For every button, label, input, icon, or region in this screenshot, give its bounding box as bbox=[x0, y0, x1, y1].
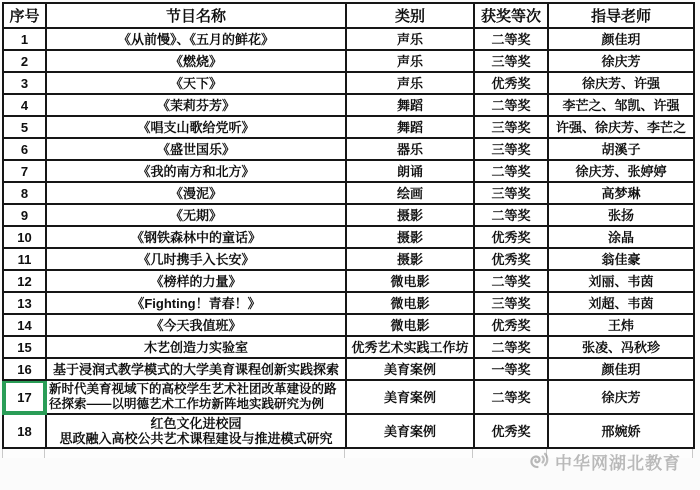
cell-program-name[interactable]: 新时代美育视域下的高校学生艺术社团改革建设的路径探索——以明德艺术工作坊新阵地实… bbox=[46, 380, 346, 414]
cell-teacher[interactable]: 胡溪子 bbox=[548, 138, 694, 160]
cell-teacher[interactable]: 张凌、冯秋珍 bbox=[548, 336, 694, 358]
cell-category[interactable]: 绘画 bbox=[346, 182, 474, 204]
gridline-segment bbox=[45, 449, 345, 458]
cell-no[interactable]: 16 bbox=[3, 358, 46, 380]
table-row: 1 《从前慢》、《五月的鲜花》 声乐 二等奖 颜佳玥 bbox=[3, 28, 694, 50]
cell-teacher[interactable]: 高梦琳 bbox=[548, 182, 694, 204]
cell-program-name[interactable]: 《茉莉芬芳》 bbox=[46, 94, 346, 116]
cell-no[interactable]: 14 bbox=[3, 314, 46, 336]
header-award[interactable]: 获奖等次 bbox=[474, 3, 548, 28]
cell-teacher[interactable]: 刘超、韦茵 bbox=[548, 292, 694, 314]
cell-category[interactable]: 优秀艺术实践工作坊 bbox=[346, 336, 474, 358]
cell-program-name[interactable]: 红色文化进校园 思政融入高校公共艺术课程建设与推进模式研究 bbox=[46, 414, 346, 448]
cell-award[interactable]: 二等奖 bbox=[474, 380, 548, 414]
cell-award[interactable]: 优秀奖 bbox=[474, 314, 548, 336]
table-row: 16 基于浸润式教学模式的大学美育课程创新实践探索 美育案例 一等奖 颜佳玥 bbox=[3, 358, 694, 380]
cell-category[interactable]: 器乐 bbox=[346, 138, 474, 160]
cell-program-name[interactable]: 木艺创造力实验室 bbox=[46, 336, 346, 358]
cell-program-name[interactable]: 《漫泥》 bbox=[46, 182, 346, 204]
cell-category[interactable]: 微电影 bbox=[346, 292, 474, 314]
cell-program-name[interactable]: 《我的南方和北方》 bbox=[46, 160, 346, 182]
cell-teacher[interactable]: 翁佳豪 bbox=[548, 248, 694, 270]
table-row: 10 《钢铁森林中的童话》 摄影 优秀奖 涂晶 bbox=[3, 226, 694, 248]
cell-no[interactable]: 10 bbox=[3, 226, 46, 248]
cell-program-name[interactable]: 《唱支山歌给党听》 bbox=[46, 116, 346, 138]
table-row: 9 《无期》 摄影 二等奖 张扬 bbox=[3, 204, 694, 226]
header-name[interactable]: 节目名称 bbox=[46, 3, 346, 28]
cell-teacher[interactable]: 徐庆芳 bbox=[548, 50, 694, 72]
table-row: 13 《Fighting！青春！》 微电影 三等奖 刘超、韦茵 bbox=[3, 292, 694, 314]
cell-program-name[interactable]: 《Fighting！青春！》 bbox=[46, 292, 346, 314]
cell-teacher[interactable]: 颜佳玥 bbox=[548, 358, 694, 380]
cell-category[interactable]: 微电影 bbox=[346, 270, 474, 292]
cell-no[interactable]: 6 bbox=[3, 138, 46, 160]
gridline-segment bbox=[345, 449, 473, 458]
cell-award[interactable]: 一等奖 bbox=[474, 358, 548, 380]
cell-award[interactable]: 三等奖 bbox=[474, 116, 548, 138]
cell-category[interactable]: 摄影 bbox=[346, 226, 474, 248]
cell-teacher[interactable]: 张扬 bbox=[548, 204, 694, 226]
cell-no[interactable]: 13 bbox=[3, 292, 46, 314]
cell-program-name[interactable]: 《钢铁森林中的童话》 bbox=[46, 226, 346, 248]
cell-no[interactable]: 11 bbox=[3, 248, 46, 270]
cell-award[interactable]: 三等奖 bbox=[474, 182, 548, 204]
header-category[interactable]: 类别 bbox=[346, 3, 474, 28]
cell-award[interactable]: 二等奖 bbox=[474, 160, 548, 182]
cell-teacher[interactable]: 李芒之、邹凯、许强 bbox=[548, 94, 694, 116]
header-no[interactable]: 序号 bbox=[3, 3, 46, 28]
cell-no[interactable]: 4 bbox=[3, 94, 46, 116]
table-row: 8 《漫泥》 绘画 三等奖 高梦琳 bbox=[3, 182, 694, 204]
cell-no[interactable]: 15 bbox=[3, 336, 46, 358]
awards-table: 序号 节目名称 类别 获奖等次 指导老师 1 《从前慢》、《五月的鲜花》 声乐 … bbox=[2, 2, 695, 449]
cell-no[interactable]: 5 bbox=[3, 116, 46, 138]
cell-category[interactable]: 摄影 bbox=[346, 204, 474, 226]
table-body: 1 《从前慢》、《五月的鲜花》 声乐 二等奖 颜佳玥 2 《燃烧》 声乐 三等奖… bbox=[3, 28, 694, 448]
cell-teacher[interactable]: 王炜 bbox=[548, 314, 694, 336]
cell-teacher[interactable]: 徐庆芳 bbox=[548, 380, 694, 414]
cell-award[interactable]: 三等奖 bbox=[474, 50, 548, 72]
cell-award[interactable]: 优秀奖 bbox=[474, 414, 548, 448]
table-row: 15 木艺创造力实验室 优秀艺术实践工作坊 二等奖 张凌、冯秋珍 bbox=[3, 336, 694, 358]
spreadsheet-area: 序号 节目名称 类别 获奖等次 指导老师 1 《从前慢》、《五月的鲜花》 声乐 … bbox=[2, 2, 693, 458]
cell-category[interactable]: 朗诵 bbox=[346, 160, 474, 182]
cell-award[interactable]: 二等奖 bbox=[474, 204, 548, 226]
cell-program-name[interactable]: 《榜样的力量》 bbox=[46, 270, 346, 292]
cell-no[interactable]: 1 bbox=[3, 28, 46, 50]
cell-program-name[interactable]: 《今天我值班》 bbox=[46, 314, 346, 336]
cell-teacher[interactable]: 徐庆芳、张婷婷 bbox=[548, 160, 694, 182]
cell-program-name[interactable]: 《天下》 bbox=[46, 72, 346, 94]
cell-award[interactable]: 三等奖 bbox=[474, 292, 548, 314]
cell-award[interactable]: 优秀奖 bbox=[474, 248, 548, 270]
table-row: 17 新时代美育视域下的高校学生艺术社团改革建设的路径探索——以明德艺术工作坊新… bbox=[3, 380, 694, 414]
table-header: 序号 节目名称 类别 获奖等次 指导老师 bbox=[3, 3, 694, 28]
table-row: 2 《燃烧》 声乐 三等奖 徐庆芳 bbox=[3, 50, 694, 72]
cell-teacher[interactable]: 许强、徐庆芳、李芒之 bbox=[548, 116, 694, 138]
cell-no[interactable]: 9 bbox=[3, 204, 46, 226]
cell-category[interactable]: 声乐 bbox=[346, 50, 474, 72]
cell-no[interactable]: 7 bbox=[3, 160, 46, 182]
gridline-segment bbox=[2, 449, 45, 458]
cell-program-name[interactable]: 基于浸润式教学模式的大学美育课程创新实践探索 bbox=[46, 358, 346, 380]
cell-no[interactable]: 17 bbox=[3, 380, 46, 414]
cell-category[interactable]: 舞蹈 bbox=[346, 94, 474, 116]
table-row: 14 《今天我值班》 微电影 优秀奖 王炜 bbox=[3, 314, 694, 336]
table-row: 4 《茉莉芬芳》 舞蹈 二等奖 李芒之、邹凯、许强 bbox=[3, 94, 694, 116]
cell-category[interactable]: 微电影 bbox=[346, 314, 474, 336]
cell-award[interactable]: 二等奖 bbox=[474, 94, 548, 116]
cell-category[interactable]: 美育案例 bbox=[346, 414, 474, 448]
cell-award[interactable]: 优秀奖 bbox=[474, 72, 548, 94]
cell-no[interactable]: 3 bbox=[3, 72, 46, 94]
cell-program-name[interactable]: 《无期》 bbox=[46, 204, 346, 226]
cell-award[interactable]: 优秀奖 bbox=[474, 226, 548, 248]
gridline-segment bbox=[473, 449, 547, 458]
cell-teacher[interactable]: 邢婉娇 bbox=[548, 414, 694, 448]
cell-category[interactable]: 美育案例 bbox=[346, 380, 474, 414]
cell-teacher[interactable]: 徐庆芳、许强 bbox=[548, 72, 694, 94]
cell-teacher[interactable]: 刘丽、韦茵 bbox=[548, 270, 694, 292]
cell-no[interactable]: 8 bbox=[3, 182, 46, 204]
table-row: 7 《我的南方和北方》 朗诵 二等奖 徐庆芳、张婷婷 bbox=[3, 160, 694, 182]
gridline-segment bbox=[547, 449, 693, 458]
table-row: 11 《几时携手入长安》 摄影 优秀奖 翁佳豪 bbox=[3, 248, 694, 270]
cell-no[interactable]: 12 bbox=[3, 270, 46, 292]
cell-teacher[interactable]: 颜佳玥 bbox=[548, 28, 694, 50]
cell-program-name[interactable]: 《盛世国乐》 bbox=[46, 138, 346, 160]
table-row: 6 《盛世国乐》 器乐 三等奖 胡溪子 bbox=[3, 138, 694, 160]
table-row: 12 《榜样的力量》 微电影 二等奖 刘丽、韦茵 bbox=[3, 270, 694, 292]
cell-award[interactable]: 三等奖 bbox=[474, 138, 548, 160]
below-table-gridlines bbox=[2, 449, 693, 458]
cell-award[interactable]: 二等奖 bbox=[474, 336, 548, 358]
table-row: 5 《唱支山歌给党听》 舞蹈 三等奖 许强、徐庆芳、李芒之 bbox=[3, 116, 694, 138]
cell-no[interactable]: 2 bbox=[3, 50, 46, 72]
cell-category[interactable]: 美育案例 bbox=[346, 358, 474, 380]
header-row: 序号 节目名称 类别 获奖等次 指导老师 bbox=[3, 3, 694, 28]
cell-award[interactable]: 二等奖 bbox=[474, 28, 548, 50]
header-teacher[interactable]: 指导老师 bbox=[548, 3, 694, 28]
cell-program-name[interactable]: 《几时携手入长安》 bbox=[46, 248, 346, 270]
cell-category[interactable]: 舞蹈 bbox=[346, 116, 474, 138]
cell-program-name[interactable]: 《从前慢》、《五月的鲜花》 bbox=[46, 28, 346, 50]
cell-award[interactable]: 二等奖 bbox=[474, 270, 548, 292]
cell-category[interactable]: 声乐 bbox=[346, 72, 474, 94]
cell-no[interactable]: 18 bbox=[3, 414, 46, 448]
table-row: 18 红色文化进校园 思政融入高校公共艺术课程建设与推进模式研究 美育案例 优秀… bbox=[3, 414, 694, 448]
table-row: 3 《天下》 声乐 优秀奖 徐庆芳、许强 bbox=[3, 72, 694, 94]
cell-program-name[interactable]: 《燃烧》 bbox=[46, 50, 346, 72]
cell-category[interactable]: 摄影 bbox=[346, 248, 474, 270]
cell-teacher[interactable]: 涂晶 bbox=[548, 226, 694, 248]
cell-category[interactable]: 声乐 bbox=[346, 28, 474, 50]
